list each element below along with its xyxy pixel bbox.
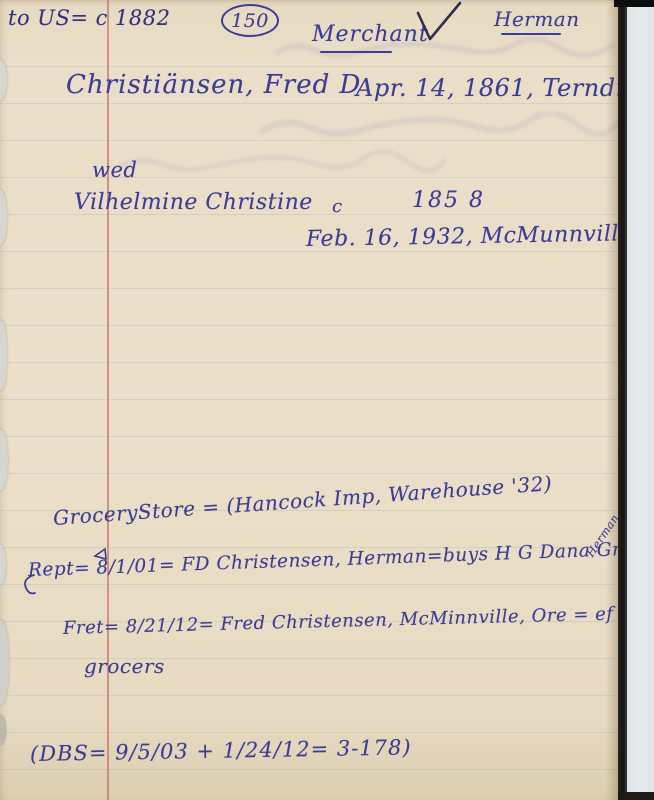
red-margin-line (107, 0, 109, 800)
citation-1912-continued: grocers (84, 654, 165, 678)
checkmark-icon (412, 1, 466, 45)
circled-record-number: 150 (221, 4, 279, 37)
scan-top-border (614, 0, 654, 7)
scanned-ledger-page: to US= c 1882 150 Merchant Herman Christ… (0, 0, 654, 800)
occupation-underline (320, 51, 392, 53)
scan-bottom-border (618, 792, 654, 800)
scanner-background (627, 0, 654, 800)
record-number: 150 (231, 10, 269, 32)
wed-label: wed (92, 158, 137, 182)
paper-sheet (0, 0, 620, 800)
immigration-note: to US= c 1882 (8, 6, 171, 30)
surname-tag: Herman (494, 7, 580, 31)
marriage-year: 185 8 (412, 188, 485, 213)
scan-edge-line (618, 0, 627, 800)
spouse-mark: c (332, 196, 343, 217)
spouse-name: Vilhelmine Christine (74, 190, 313, 215)
subject-name: Christiänsen, Fred D (66, 70, 361, 100)
